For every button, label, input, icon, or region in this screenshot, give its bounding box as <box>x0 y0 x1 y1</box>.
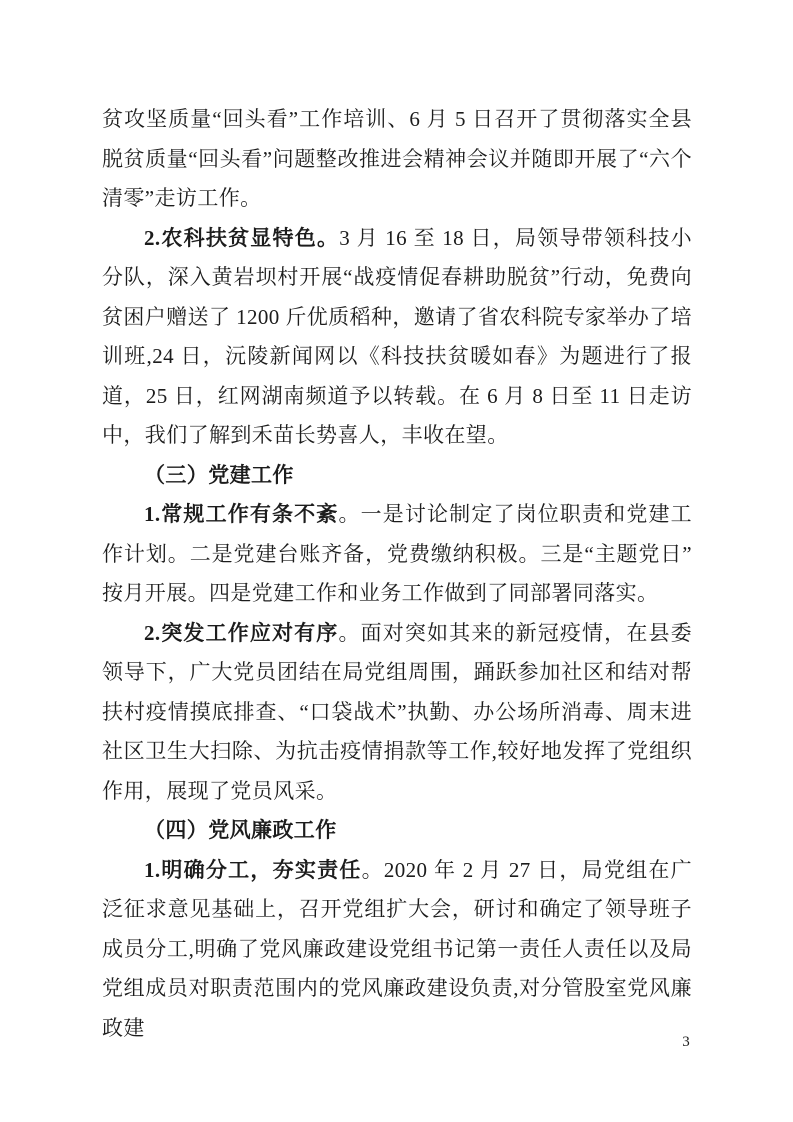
bold-text-run: （四）党风廉政工作 <box>144 818 337 842</box>
bold-text-run: 2.农科扶贫显特色。 <box>144 226 339 250</box>
bold-text-run: （三）党建工作 <box>144 463 294 487</box>
section-heading: （三）党建工作 <box>102 456 692 496</box>
page-body-text: 贫攻坚质量“回头看”工作培训、6 月 5 日召开了贯彻落实全县脱贫质量“回头看”… <box>102 100 692 1048</box>
paragraph: 2.突发工作应对有序。面对突如其来的新冠疫情，在县委领导下，广大党员团结在局党组… <box>102 614 692 812</box>
bold-text-run: 2.突发工作应对有序 <box>144 621 338 645</box>
paragraph: 1.明确分工，夯实责任。2020 年 2 月 27 日，局党组在广泛征求意见基础… <box>102 851 692 1049</box>
text-run: 。2020 年 2 月 27 日，局党组在广泛征求意见基础上，召开党组扩大会，研… <box>102 858 692 1040</box>
section-heading: （四）党风廉政工作 <box>102 811 692 851</box>
text-run: 。面对突如其来的新冠疫情，在县委领导下，广大党员团结在局党组周围，踊跃参加社区和… <box>102 621 692 803</box>
text-run: 3 月 16 至 18 日，局领导带领科技小分队，深入黄岩坝村开展“战疫情促春耕… <box>102 226 692 448</box>
bold-text-run: 1.明确分工，夯实责任 <box>144 858 362 882</box>
page-number: 3 <box>674 1032 698 1052</box>
document-page: 贫攻坚质量“回头看”工作培训、6 月 5 日召开了贯彻落实全县脱贫质量“回头看”… <box>0 0 793 1122</box>
bold-text-run: 1.常规工作有条不紊 <box>144 502 338 526</box>
text-run: 贫攻坚质量“回头看”工作培训、6 月 5 日召开了贯彻落实全县脱贫质量“回头看”… <box>102 107 692 210</box>
paragraph: 贫攻坚质量“回头看”工作培训、6 月 5 日召开了贯彻落实全县脱贫质量“回头看”… <box>102 100 692 219</box>
paragraph: 2.农科扶贫显特色。3 月 16 至 18 日，局领导带领科技小分队，深入黄岩坝… <box>102 219 692 456</box>
paragraph: 1.常规工作有条不紊。一是讨论制定了岗位职责和党建工作计划。二是党建台账齐备，党… <box>102 495 692 614</box>
